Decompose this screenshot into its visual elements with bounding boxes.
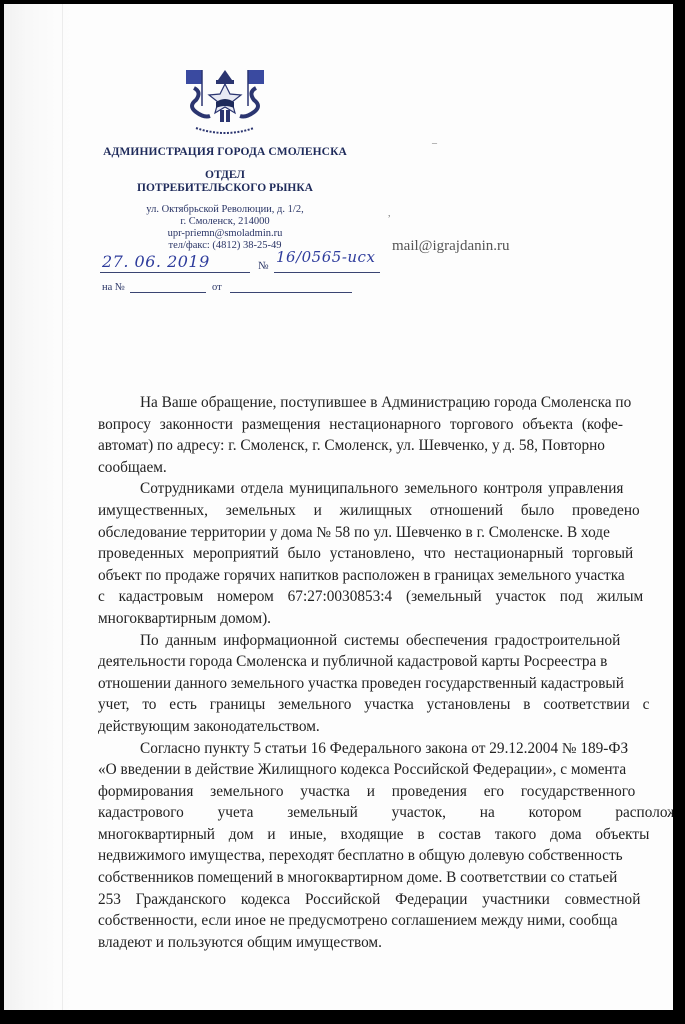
text-line: вопросу законности размещения нестациона… bbox=[98, 414, 673, 436]
smolensk-coat-of-arms-icon bbox=[180, 66, 270, 142]
handwritten-date: 27. 06. 2019 bbox=[102, 252, 210, 271]
address-line-1: ул. Октябрьской Революции, д. 1/2, bbox=[90, 204, 360, 216]
text-line: «О введении в действие Жилищного кодекса… bbox=[98, 759, 673, 781]
scan-mark: , bbox=[388, 208, 391, 219]
organization-name: АДМИНИСТРАЦИЯ ГОРОДА СМОЛЕНСКА bbox=[90, 146, 360, 158]
text-line: учет, то есть границы земельного участка… bbox=[98, 694, 673, 716]
text-line: собственников помещений в многоквартирно… bbox=[98, 867, 673, 889]
text-line: деятельности города Смоленска и публично… bbox=[98, 651, 673, 673]
text-line: владеют и пользуются общим имуществом. bbox=[98, 932, 673, 954]
number-underline bbox=[274, 272, 380, 273]
recipient-email: mail@igrajdanin.ru bbox=[392, 238, 510, 255]
text-line: действующим законодательством. bbox=[98, 716, 673, 738]
address-line-2: г. Смоленск, 214000 bbox=[90, 216, 360, 228]
paragraph-4: Согласно пункту 5 статьи 16 Федерального… bbox=[98, 738, 673, 954]
text-line: отношении данного земельного участка про… bbox=[98, 673, 673, 695]
department-name: ОТДЕЛ ПОТРЕБИТЕЛЬСКОГО РЫНКА bbox=[90, 169, 360, 195]
date-underline bbox=[100, 272, 250, 273]
text-line: Сотрудниками отдела муниципального земел… bbox=[98, 478, 673, 500]
text-line: На Ваше обращение, поступившее в Админис… bbox=[98, 392, 673, 414]
paragraph-1: На Ваше обращение, поступившее в Админис… bbox=[98, 392, 673, 478]
scan-mark: – bbox=[432, 138, 437, 149]
reply-date-blank bbox=[230, 292, 352, 293]
text-line: имущественных, земельных и жилищных отно… bbox=[98, 500, 673, 522]
text-line: собственности, если иное не предусмотрен… bbox=[98, 910, 673, 932]
handwritten-outgoing-number: 16/0565-исх bbox=[276, 248, 375, 266]
scan-artifact-line bbox=[62, 4, 63, 1010]
text-line: кадастрового учета земельный участок, на… bbox=[98, 802, 673, 824]
text-line: проведенных мероприятий было установлено… bbox=[98, 543, 673, 565]
letter-body: На Ваше обращение, поступившее в Админис… bbox=[98, 392, 673, 953]
reply-reference-row: на № от bbox=[102, 282, 362, 298]
text-line: 253 Гражданского кодекса Российской Феде… bbox=[98, 889, 673, 911]
text-line: с кадастровым номером 67:27:0030853:4 (з… bbox=[98, 586, 673, 608]
scanned-letter-page: АДМИНИСТРАЦИЯ ГОРОДА СМОЛЕНСКА ОТДЕЛ ПОТ… bbox=[4, 4, 673, 1010]
scan-shadow bbox=[4, 4, 74, 1010]
text-line: многоквартирный дом и иные, входящие в с… bbox=[98, 824, 673, 846]
text-line: сообщаем. bbox=[98, 457, 673, 479]
registration-row: 27. 06. 2019 № 16/0565-исх bbox=[100, 254, 390, 276]
text-line: многоквартирным домом). bbox=[98, 608, 673, 630]
paragraph-2: Сотрудниками отдела муниципального земел… bbox=[98, 478, 673, 629]
text-line: автомат) по адресу: г. Смоленск, г. Смол… bbox=[98, 435, 673, 457]
reply-number-blank bbox=[130, 292, 206, 293]
text-line: обследование территории у дома № 58 по у… bbox=[98, 522, 673, 544]
text-line: недвижимого имущества, переходят бесплат… bbox=[98, 845, 673, 867]
text-line: По данным информационной системы обеспеч… bbox=[98, 630, 673, 652]
department-line-1: ОТДЕЛ bbox=[90, 169, 360, 182]
text-line: Согласно пункту 5 статьи 16 Федерального… bbox=[98, 738, 673, 760]
paragraph-3: По данным информационной системы обеспеч… bbox=[98, 630, 673, 738]
reply-date-label: от bbox=[212, 282, 222, 293]
letterhead: АДМИНИСТРАЦИЯ ГОРОДА СМОЛЕНСКА ОТДЕЛ ПОТ… bbox=[90, 66, 360, 252]
text-line: объект по продаже горячих напитков распо… bbox=[98, 565, 673, 587]
department-line-2: ПОТРЕБИТЕЛЬСКОГО РЫНКА bbox=[90, 182, 360, 195]
reply-number-label: на № bbox=[102, 282, 125, 293]
sender-email: upr-priemn@smoladmin.ru bbox=[90, 228, 360, 240]
text-line: формирования земельного участка и провед… bbox=[98, 781, 673, 803]
sender-contacts: ул. Октябрьской Революции, д. 1/2, г. См… bbox=[90, 204, 360, 252]
number-label: № bbox=[258, 260, 269, 272]
